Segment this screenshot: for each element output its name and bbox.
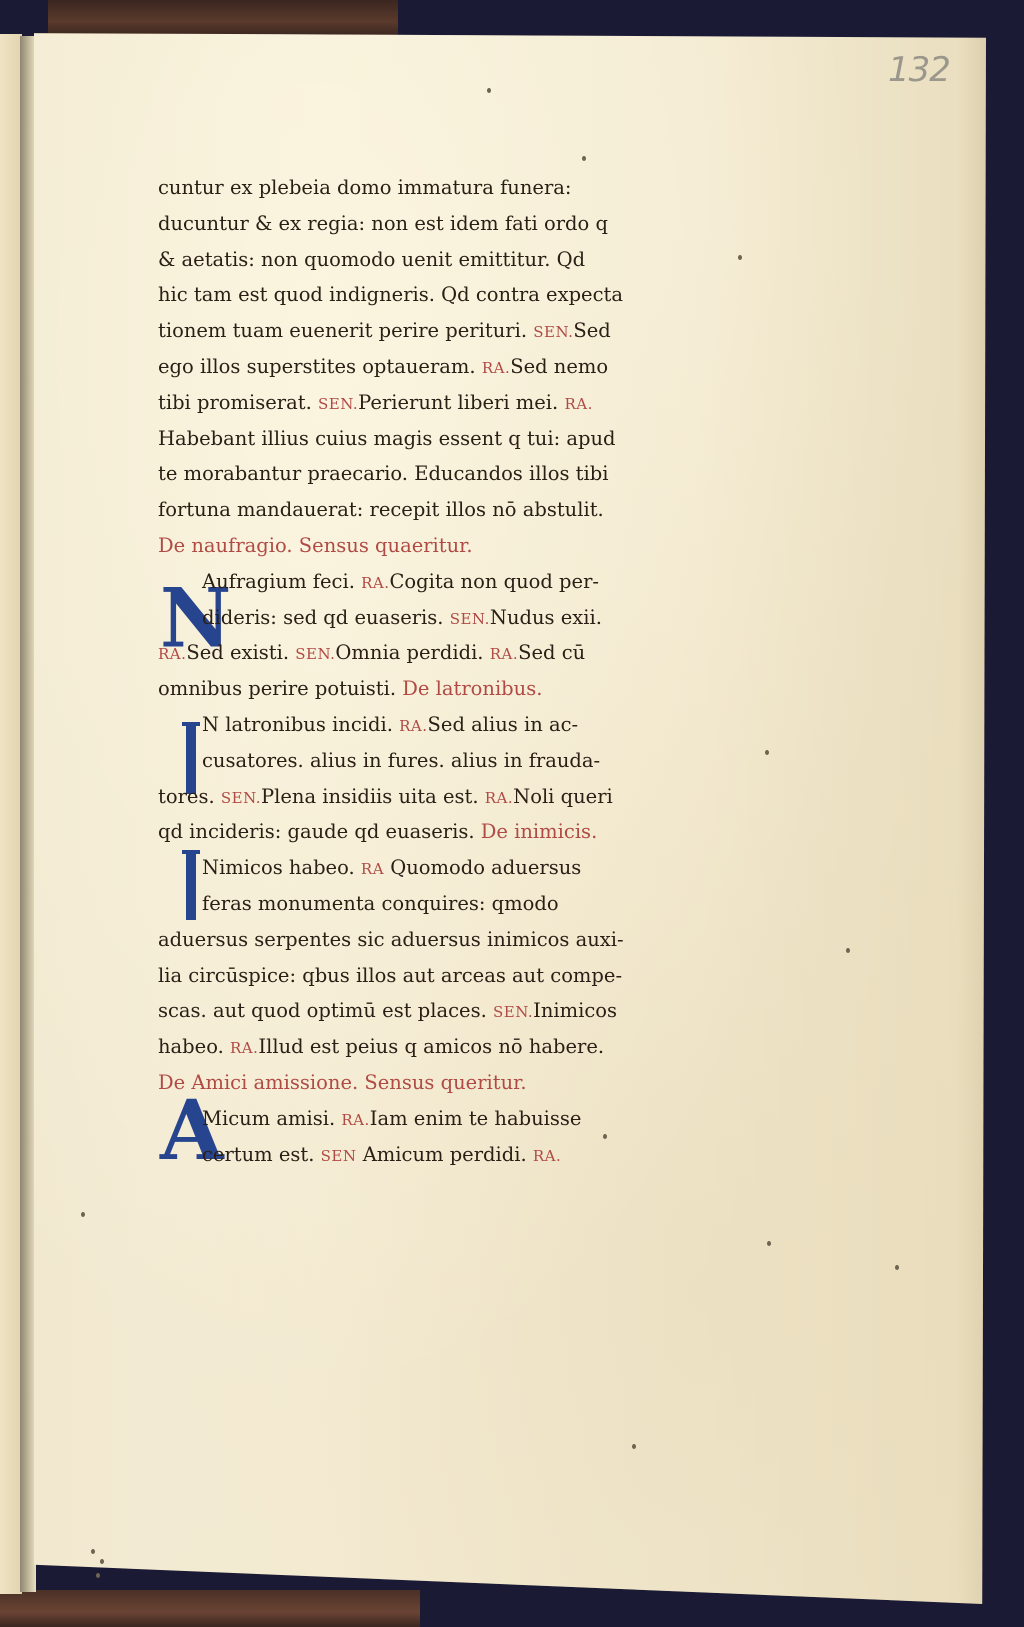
text-line: RA.Sed existi. SEN.Omnia perdidi. RA.Sed… bbox=[158, 635, 678, 671]
parchment-spot bbox=[895, 1265, 899, 1270]
text-segment: Sed nemo bbox=[510, 355, 608, 378]
text-segment: Noli queri bbox=[513, 785, 613, 808]
text-segment: feras monumenta conquires: qmodo bbox=[202, 892, 559, 915]
text-segment: scas. aut quod optimū est places. bbox=[158, 999, 493, 1022]
text-line: feras monumenta conquires: qmodo bbox=[158, 886, 678, 922]
speaker-rubric: SEN. bbox=[221, 789, 261, 807]
text-segment: Micum amisi. bbox=[202, 1107, 341, 1130]
text-segment: Quomodo aduersus bbox=[384, 856, 581, 879]
text-line: De naufragio. Sensus quaeritur. bbox=[158, 528, 678, 564]
binding-bottom-edge bbox=[0, 1590, 420, 1627]
parchment-spot bbox=[582, 156, 586, 161]
text-segment: lia circūspice: qbus illos aut arceas au… bbox=[158, 964, 622, 987]
text-line: scas. aut quod optimū est places. SEN.In… bbox=[158, 993, 678, 1029]
section-rubric: De naufragio. Sensus quaeritur. bbox=[158, 534, 473, 557]
text-line: dideris: sed qd euaseris. SEN.Nudus exii… bbox=[158, 600, 678, 636]
text-segment: habeo. bbox=[158, 1035, 230, 1058]
text-segment: qd incideris: gaude qd euaseris. bbox=[158, 820, 481, 843]
speaker-rubric: RA. bbox=[361, 574, 389, 592]
text-line: cusatores. alius in fures. alius in frau… bbox=[158, 743, 678, 779]
speaker-rubric: SEN bbox=[321, 1147, 357, 1165]
parchment-spot bbox=[81, 1212, 85, 1217]
text-segment: ego illos superstites optaueram. bbox=[158, 355, 482, 378]
section-rubric: De inimicis. bbox=[481, 820, 598, 843]
text-line: De Amici amissione. Sensus queritur. bbox=[158, 1065, 678, 1101]
text-line: Habebant illius cuius magis essent q tui… bbox=[158, 421, 678, 457]
text-segment: Inimicos bbox=[533, 999, 617, 1022]
speaker-rubric: RA. bbox=[341, 1111, 369, 1129]
parchment-spot bbox=[603, 1134, 607, 1139]
text-segment: aduersus serpentes sic aduersus inimicos… bbox=[158, 928, 624, 951]
text-line: lia circūspice: qbus illos aut arceas au… bbox=[158, 958, 678, 994]
text-segment: Habebant illius cuius magis essent q tui… bbox=[158, 427, 616, 450]
text-line: Nimicos habeo. RA Quomodo aduersus bbox=[158, 850, 678, 886]
speaker-rubric: SEN. bbox=[295, 645, 335, 663]
speaker-rubric: RA. bbox=[230, 1039, 258, 1057]
section-rubric: De Amici amissione. Sensus queritur. bbox=[158, 1071, 527, 1094]
text-segment: hic tam est quod indigneris. Qd contra e… bbox=[158, 283, 623, 306]
speaker-rubric: SEN. bbox=[493, 1003, 533, 1021]
text-line: tionem tuam euenerit perire perituri. SE… bbox=[158, 313, 678, 349]
parchment-spot bbox=[96, 1573, 100, 1578]
parchment-spot bbox=[767, 1241, 771, 1246]
speaker-rubric: RA bbox=[361, 860, 384, 878]
parchment-spot bbox=[765, 750, 769, 755]
text-line: certum est. SEN Amicum perdidi. RA. bbox=[158, 1137, 678, 1173]
manuscript-text-block: cuntur ex plebeia domo immatura funera:d… bbox=[158, 170, 678, 1172]
text-segment: Illud est peius q amicos nō habere. bbox=[258, 1035, 604, 1058]
text-segment: tibi promiserat. bbox=[158, 391, 318, 414]
text-line: te morabantur praecario. Educandos illos… bbox=[158, 456, 678, 492]
text-segment: Aufragium feci. bbox=[202, 570, 361, 593]
text-segment: Iam enim te habuisse bbox=[370, 1107, 582, 1130]
text-line: N latronibus incidi. RA.Sed alius in ac- bbox=[158, 707, 678, 743]
text-segment: Cogita non quod per- bbox=[390, 570, 600, 593]
parchment-spot bbox=[846, 948, 850, 953]
text-line: ducuntur & ex regia: non est idem fati o… bbox=[158, 206, 678, 242]
gutter-shadow bbox=[20, 36, 36, 1592]
text-segment: Omnia perdidi. bbox=[335, 641, 489, 664]
text-segment: cuntur ex plebeia domo immatura funera: bbox=[158, 176, 571, 199]
text-segment: Sed alius in ac- bbox=[428, 713, 579, 736]
text-segment: Plena insidiis uita est. bbox=[261, 785, 485, 808]
text-segment: omnibus perire potuisti. bbox=[158, 677, 402, 700]
section-rubric: De latronibus. bbox=[402, 677, 542, 700]
text-line: Micum amisi. RA.Iam enim te habuisse bbox=[158, 1101, 678, 1137]
text-segment: ducuntur & ex regia: non est idem fati o… bbox=[158, 212, 608, 235]
text-segment: Perierunt liberi mei. bbox=[358, 391, 564, 414]
text-segment: Sed existi. bbox=[186, 641, 295, 664]
text-line: tibi promiserat. SEN.Perierunt liberi me… bbox=[158, 385, 678, 421]
text-line: cuntur ex plebeia domo immatura funera: bbox=[158, 170, 678, 206]
text-segment: Amicum perdidi. bbox=[357, 1143, 533, 1166]
text-segment: tores. bbox=[158, 785, 221, 808]
text-segment: Nudus exii. bbox=[490, 606, 602, 629]
speaker-rubric: RA. bbox=[490, 645, 518, 663]
speaker-rubric: SEN. bbox=[450, 610, 490, 628]
text-line: qd incideris: gaude qd euaseris. De inim… bbox=[158, 814, 678, 850]
text-line: & aetatis: non quomodo uenit emittitur. … bbox=[158, 242, 678, 278]
text-segment: Nimicos habeo. bbox=[202, 856, 361, 879]
text-line: Aufragium feci. RA.Cogita non quod per- bbox=[158, 564, 678, 600]
text-line: tores. SEN.Plena insidiis uita est. RA.N… bbox=[158, 779, 678, 815]
parchment-spot bbox=[100, 1559, 104, 1564]
text-segment: dideris: sed qd euaseris. bbox=[202, 606, 450, 629]
parchment-spot bbox=[632, 1444, 636, 1449]
speaker-rubric: RA. bbox=[482, 359, 510, 377]
text-segment: Sed bbox=[573, 319, 610, 342]
text-segment: te morabantur praecario. Educandos illos… bbox=[158, 462, 608, 485]
text-line: fortuna mandauerat: recepit illos nō abs… bbox=[158, 492, 678, 528]
speaker-rubric: SEN. bbox=[318, 395, 358, 413]
previous-leaf-edge bbox=[0, 34, 22, 1594]
parchment-spot bbox=[91, 1549, 95, 1554]
binding-top-edge bbox=[48, 0, 398, 36]
speaker-rubric: RA. bbox=[399, 717, 427, 735]
text-segment: tionem tuam euenerit perire perituri. bbox=[158, 319, 533, 342]
text-segment: certum est. bbox=[202, 1143, 321, 1166]
text-segment: cusatores. alius in fures. alius in frau… bbox=[202, 749, 600, 772]
text-segment: & aetatis: non quomodo uenit emittitur. … bbox=[158, 248, 585, 271]
text-line: omnibus perire potuisti. De latronibus. bbox=[158, 671, 678, 707]
text-line: aduersus serpentes sic aduersus inimicos… bbox=[158, 922, 678, 958]
text-segment: fortuna mandauerat: recepit illos nō abs… bbox=[158, 498, 604, 521]
text-line: ego illos superstites optaueram. RA.Sed … bbox=[158, 349, 678, 385]
speaker-rubric: RA. bbox=[485, 789, 513, 807]
speaker-rubric: RA. bbox=[158, 645, 186, 663]
text-line: habeo. RA.Illud est peius q amicos nō ha… bbox=[158, 1029, 678, 1065]
speaker-rubric: RA. bbox=[564, 395, 592, 413]
speaker-rubric: SEN. bbox=[533, 323, 573, 341]
text-segment: Sed cū bbox=[518, 641, 585, 664]
text-segment: N latronibus incidi. bbox=[202, 713, 399, 736]
parchment-spot bbox=[487, 88, 491, 93]
parchment-spot bbox=[738, 255, 742, 260]
text-line: hic tam est quod indigneris. Qd contra e… bbox=[158, 277, 678, 313]
speaker-rubric: RA. bbox=[533, 1147, 561, 1165]
folio-number: 132 bbox=[888, 50, 950, 90]
